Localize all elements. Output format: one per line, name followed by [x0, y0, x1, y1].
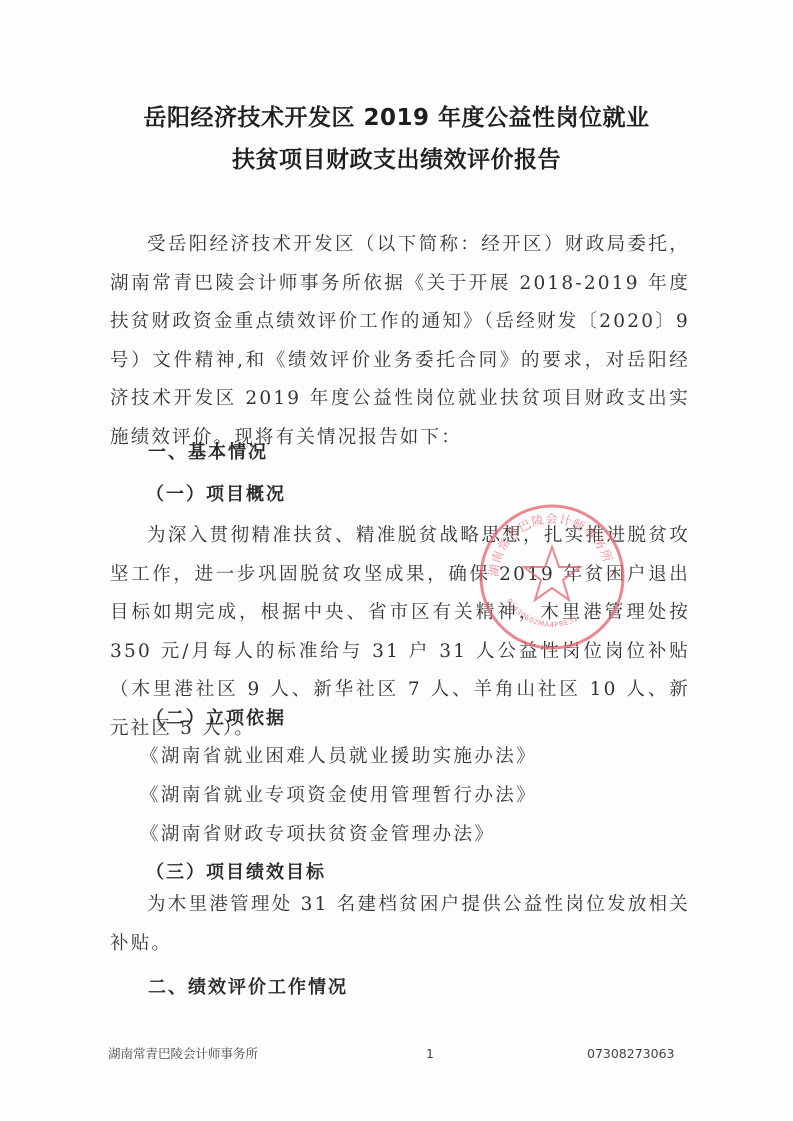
document-page: 岳阳经济技术开发区 2019 年度公益性岗位就业 扶贫项目财政支出绩效评价报告 …: [0, 0, 793, 1121]
subsection-heading-project-overview: （一）项目概况: [146, 482, 286, 508]
section-heading-evaluation-work: 二、绩效评价工作情况: [148, 975, 348, 1001]
footer-phone: 07308273063: [587, 1046, 674, 1062]
legal-basis-item: 《湖南省就业专项资金使用管理暂行办法》: [140, 783, 537, 809]
footer-page-number: 1: [426, 1046, 434, 1062]
legal-basis-item: 《湖南省就业困难人员就业援助实施办法》: [140, 744, 537, 770]
performance-goal-paragraph: 为木里港管理处 31 名建档贫困户提供公益性岗位发放相关补贴。: [110, 886, 690, 963]
intro-paragraph: 受岳阳经济技术开发区（以下简称：经开区）财政局委托，湖南常青巴陵会计师事务所依据…: [110, 226, 690, 457]
footer-firm-name: 湖南常青巴陵会计师事务所: [108, 1046, 258, 1062]
report-title-line-2: 扶贫项目财政支出绩效评价报告: [0, 146, 793, 174]
report-title-line-1: 岳阳经济技术开发区 2019 年度公益性岗位就业: [0, 104, 793, 132]
legal-basis-item: 《湖南省财政专项扶贫资金管理办法》: [140, 822, 495, 848]
subsection-heading-performance-goal: （三）项目绩效目标: [146, 860, 326, 886]
section-heading-basic-info: 一、基本情况: [148, 440, 268, 466]
subsection-heading-legal-basis: （二）立项依据: [146, 706, 286, 732]
